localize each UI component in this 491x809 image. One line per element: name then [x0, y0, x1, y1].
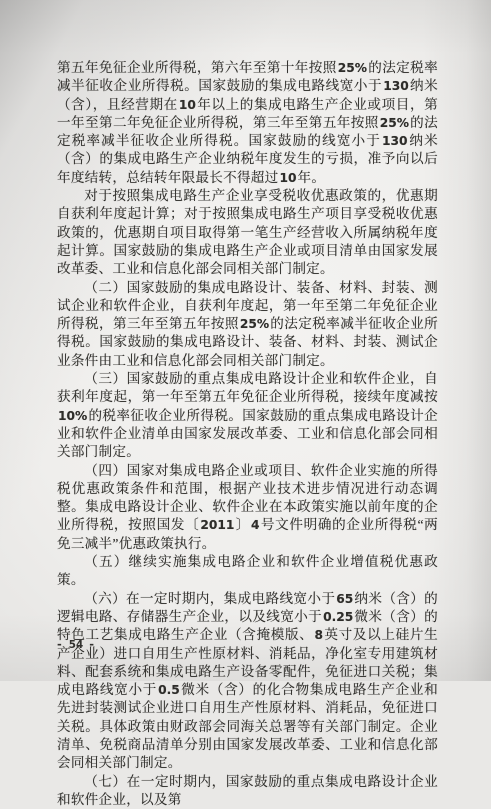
paragraph-item-5: （五）继续实施集成电路企业和软件企业增值税优惠政策。 [57, 553, 438, 590]
page-number: - 54 - [57, 637, 95, 651]
paragraph-item-6: （六）在一定时期内，集成电路线宽小于65纳米（含）的逻辑电路、存储器生产企业，以… [57, 590, 438, 681]
scanned-page: 第五年免征企业所得税，第六年至第十年按照25%的法定税率减半征收企业所得税。国家… [0, 0, 491, 681]
paragraph-continuation: 第五年免征企业所得税，第六年至第十年按照25%的法定税率减半征收企业所得税。国家… [57, 59, 438, 187]
paragraph-item-3: （三）国家鼓励的重点集成电路设计企业和软件企业，自获利年度起，第一年至第五年免征… [57, 370, 438, 461]
paragraph-benefit-period: 对于按照集成电路生产企业享受税收优惠政策的，优惠期自获利年度起计算；对于按照集成… [57, 187, 438, 278]
body-text: 第五年免征企业所得税，第六年至第十年按照25%的法定税率减半征收企业所得税。国家… [57, 59, 438, 681]
paragraph-item-4: （四）国家对集成电路企业或项目、软件企业实施的所得税优惠政策条件和范围，根据产业… [57, 462, 438, 553]
paragraph-item-2: （二）国家鼓励的集成电路设计、装备、材料、封装、测试企业和软件企业，自获利年度起… [57, 279, 438, 370]
